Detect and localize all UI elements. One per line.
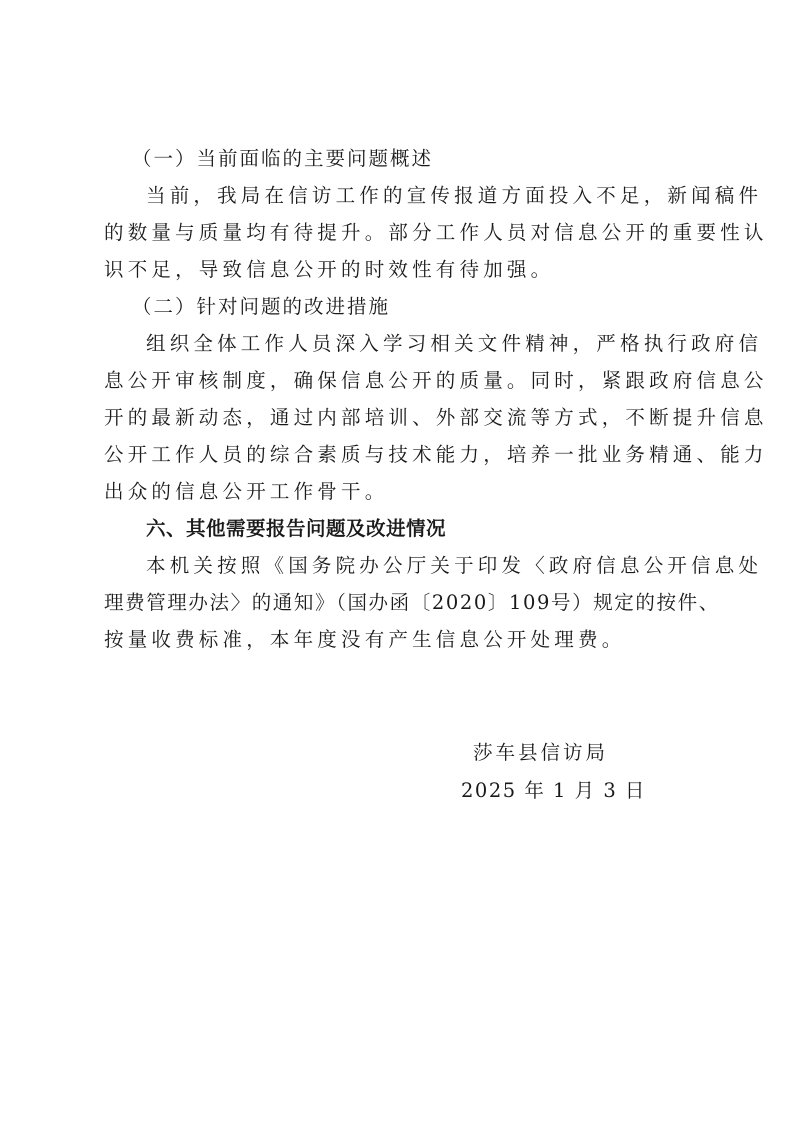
paragraph-line: 本机关按照《国务院办公厅关于印发〈政府信息公开信息处 [104, 547, 706, 584]
paragraph-line: 开的最新动态，通过内部培训、外部交流等方式，不断提升信息 [104, 399, 706, 436]
section-6-heading: 六、其他需要报告问题及改进情况 [104, 510, 706, 547]
paragraph-line: 组织全体工作人员深入学习相关文件精神，严格执行政府信 [104, 325, 706, 362]
document-body: （一）当前面临的主要问题概述 当前，我局在信访工作的宣传报道方面投入不足，新闻稿… [104, 140, 706, 658]
section-1-heading: （一）当前面临的主要问题概述 [104, 140, 706, 177]
paragraph-line: 当前，我局在信访工作的宣传报道方面投入不足，新闻稿件 [104, 177, 706, 214]
paragraph-line: 的数量与质量均有待提升。部分工作人员对信息公开的重要性认 [104, 214, 706, 251]
section-2-heading: （二）针对问题的改进措施 [104, 288, 706, 325]
paragraph-line: 出众的信息公开工作骨干。 [104, 473, 706, 510]
paragraph-line: 公开工作人员的综合素质与技术能力，培养一批业务精通、能力 [104, 436, 706, 473]
paragraph-line: 按量收费标准，本年度没有产生信息公开处理费。 [104, 621, 706, 658]
paragraph-line: 识不足，导致信息公开的时效性有待加强。 [104, 251, 706, 288]
signature-date: 2025 年 1 月 3 日 [461, 775, 646, 803]
paragraph-line: 理费管理办法〉的通知》（国办函〔2020〕109号）规定的按件、 [104, 584, 706, 621]
signature-organization: 莎车县信访局 [473, 737, 608, 765]
paragraph-line: 息公开审核制度，确保信息公开的质量。同时，紧跟政府信息公 [104, 362, 706, 399]
